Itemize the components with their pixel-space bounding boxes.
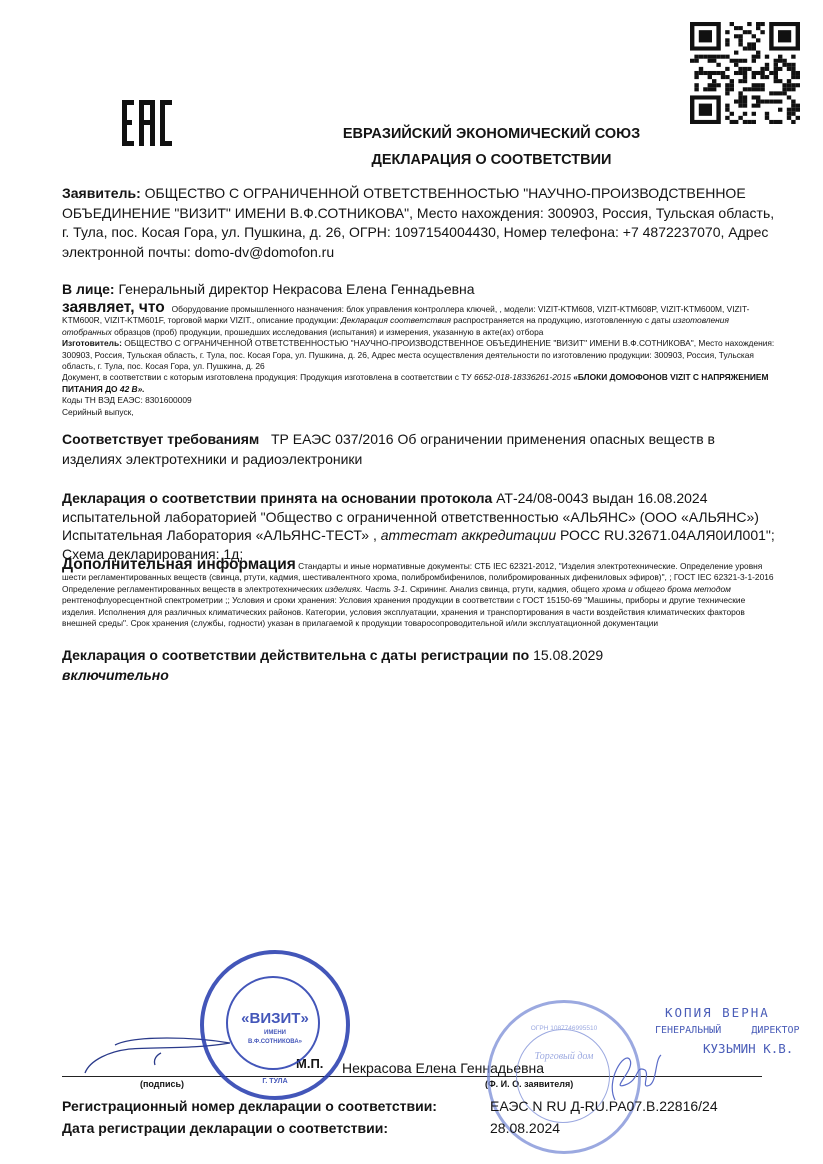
product-description-2: распространяется на продукцию, изготовле… <box>453 315 670 325</box>
additional-info-section: Дополнительная информация Стандарты и ин… <box>62 559 777 629</box>
applicant-stamp: «ВИЗИТ» ИМЕНИ В.Ф.СОТНИКОВА» Г. ТУЛА <box>200 950 350 1100</box>
product-description-italic: Декларация соответствия <box>341 315 451 325</box>
registration-date-label: Дата регистрации декларации о соответств… <box>62 1120 388 1136</box>
additional-info-italic: изделиях. Часть 3-1. <box>325 584 408 594</box>
validity-label: Декларация о соответствии действительна … <box>62 647 529 663</box>
accreditation-number: РОСС RU.32671.04АЛЯ0ИЛ001"; <box>560 527 775 543</box>
stamp-center-text: «ВИЗИТ» <box>204 1010 346 1027</box>
registration-number-label: Регистрационный номер декларации о соотв… <box>62 1098 437 1114</box>
copy-line-2a: ГЕНЕРАЛЬНЫЙ <box>655 1025 721 1036</box>
applicant-label: Заявитель: <box>62 185 141 201</box>
basis-label: Декларация о соответствии принята на осн… <box>62 490 492 506</box>
stamp-city: Г. ТУЛА <box>204 1078 346 1085</box>
tu-number: 6652-018-18336261-2015 <box>474 372 571 382</box>
applicant-text: ОБЩЕСТВО С ОГРАНИЧЕННОЙ ОТВЕТСТВЕННОСТЬЮ… <box>62 185 774 260</box>
tu-title-end: 42 В». <box>120 384 145 394</box>
certified-copy-mark: КОПИЯ ВЕРНА ГЕНЕРАЛЬНЫЙ ДИРЕКТОР КУЗЬМИН… <box>655 1004 800 1058</box>
additional-info-text-2: Скрининг. Анализ свинца, ртути, кадмия, … <box>410 584 600 594</box>
copy-line-2b: ДИРЕКТОР <box>751 1025 799 1036</box>
product-description-3: образцов (проб) продукции, прошедших исс… <box>114 327 543 337</box>
copy-line-3: КУЗЬМИН К.В. <box>655 1040 800 1058</box>
copy-stamp-ring: ОГРН 1087746995510 <box>490 1025 638 1032</box>
validity-suffix: включительно <box>62 667 169 683</box>
stamp-line-3: В.Ф.СОТНИКОВА» <box>204 1039 346 1045</box>
manufacturer-text: ОБЩЕСТВО С ОГРАНИЧЕННОЙ ОТВЕТСТВЕННОСТЬЮ… <box>62 338 774 371</box>
complies-label: Соответствует требованиям <box>62 431 259 447</box>
qr-code-icon <box>690 22 800 124</box>
manufacturer-label: Изготовитель: <box>62 338 122 348</box>
accreditation-label: аттестат аккредитации <box>381 527 556 543</box>
declares-section: заявляет, что Оборудование промышленного… <box>62 302 777 418</box>
additional-info-label: Дополнительная информация <box>62 556 296 573</box>
complies-section: Соответствует требованиям ТР ЕАЭС 037/20… <box>62 430 777 469</box>
represented-by-label: В лице: <box>62 281 115 297</box>
represented-by-section: В лице: Генеральный директор Некрасова Е… <box>62 280 777 300</box>
validity-section: Декларация о соответствии действительна … <box>62 646 777 685</box>
qr-code[interactable] <box>690 22 800 124</box>
hs-codes: Коды ТН ВЭД ЕАЭС: 8301600009 <box>62 395 192 405</box>
document-basis: Документ, в соответствии с которым изгот… <box>62 372 472 382</box>
document-title: ДЕКЛАРАЦИЯ О СООТВЕТСТВИИ <box>0 152 823 168</box>
represented-by-text: Генеральный директор Некрасова Елена Ген… <box>118 281 474 297</box>
registration-number-value: ЕАЭС N RU Д-RU.РА07.В.22816/24 <box>490 1098 718 1114</box>
registration-date-value: 28.08.2024 <box>490 1120 560 1136</box>
validity-date: 15.08.2029 <box>533 647 603 663</box>
copy-line-1: КОПИЯ ВЕРНА <box>655 1004 800 1022</box>
stamp-line-2: ИМЕНИ <box>204 1030 346 1036</box>
signature-caption: (подпись) <box>140 1079 184 1089</box>
union-title: ЕВРАЗИЙСКИЙ ЭКОНОМИЧЕСКИЙ СОЮЗ <box>0 126 823 142</box>
applicant-section: Заявитель: ОБЩЕСТВО С ОГРАНИЧЕННОЙ ОТВЕТ… <box>62 184 777 262</box>
additional-info-italic-2: хрома и общего брома методом <box>602 584 731 594</box>
serial-type: Серийный выпуск, <box>62 407 134 417</box>
basis-section: Декларация о соответствии принята на осн… <box>62 489 777 563</box>
additional-info-text-3: рентгенофлуоресцентной спектрометрии ;; … <box>62 595 745 628</box>
declares-label: заявляет, что <box>62 299 165 316</box>
